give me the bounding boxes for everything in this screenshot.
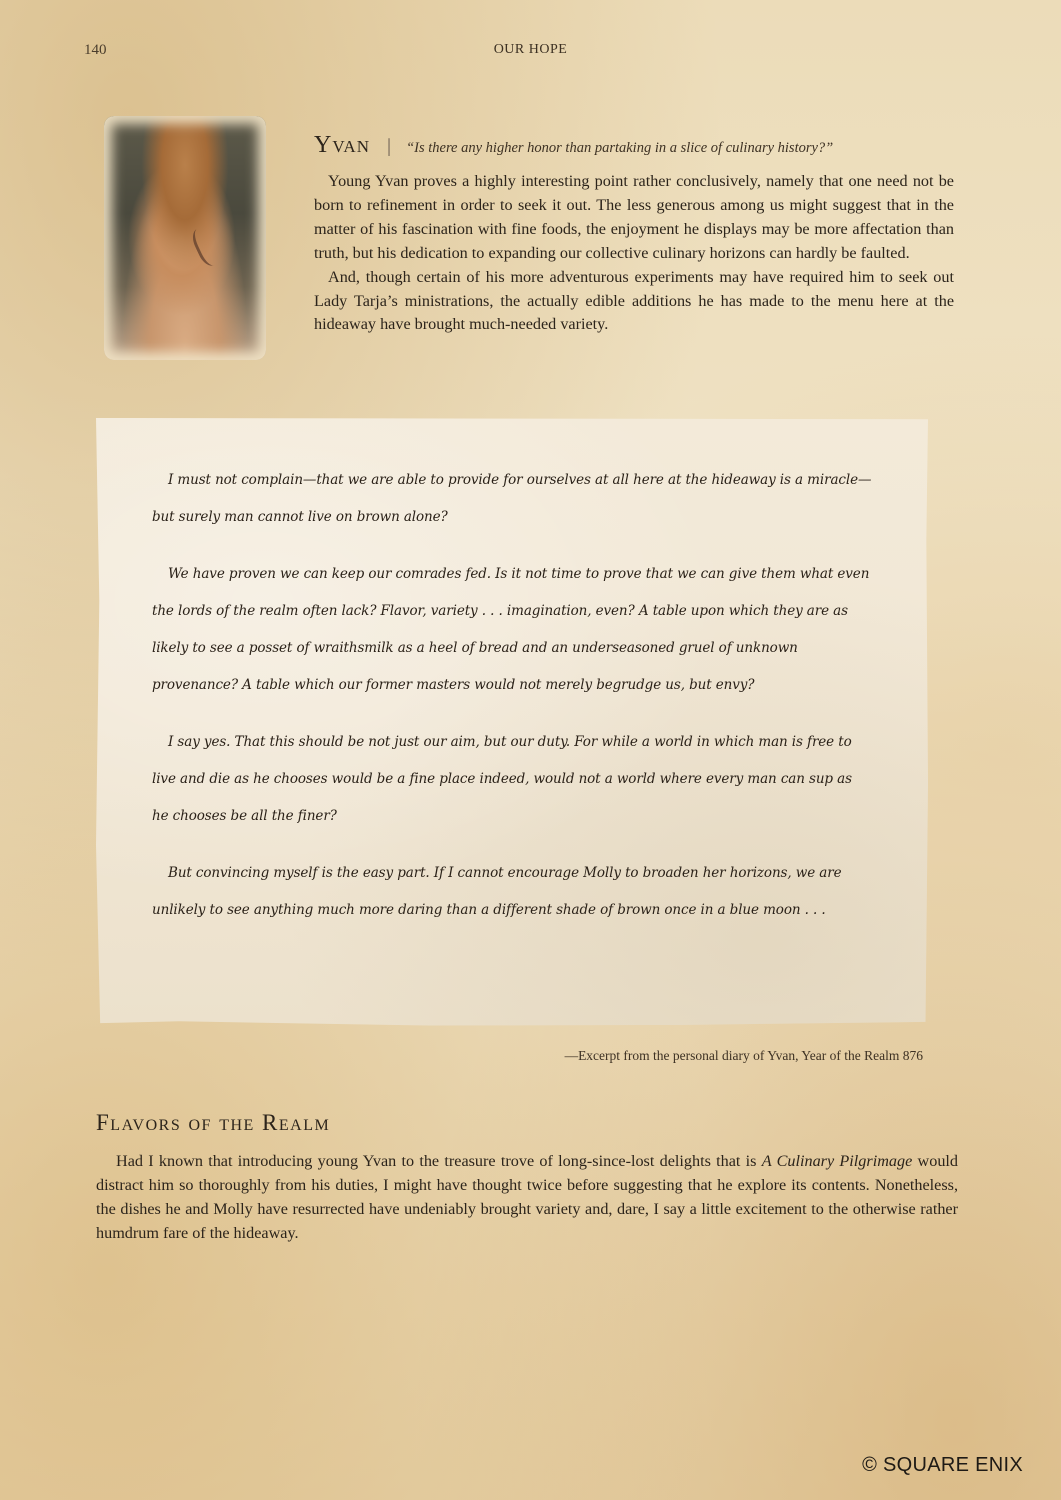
character-quote: “Is there any higher honor than partakin… xyxy=(406,140,833,157)
header-separator: | xyxy=(386,136,392,157)
character-header: Yvan | “Is there any higher honor than p… xyxy=(314,132,833,159)
character-description: Young Yvan proves a highly interesting p… xyxy=(314,170,954,337)
diary-paragraph: I must not complain—that we are able to … xyxy=(152,462,872,536)
running-head: OUR HOPE xyxy=(0,42,1061,58)
character-paragraph: And, though certain of his more adventur… xyxy=(314,266,954,338)
book-title: A Culinary Pilgrimage xyxy=(762,1152,913,1170)
section-body: Had I known that introducing young Yvan … xyxy=(96,1150,958,1246)
character-name: Yvan xyxy=(314,132,370,159)
diary-paragraph: I say yes. That this should be not just … xyxy=(152,724,872,835)
copyright-notice: © SQUARE ENIX xyxy=(862,1454,1023,1477)
diary-excerpt: I must not complain—that we are able to … xyxy=(152,462,872,949)
section-paragraph: Had I known that introducing young Yvan … xyxy=(96,1150,958,1246)
character-paragraph: Young Yvan proves a highly interesting p… xyxy=(314,170,954,266)
diary-attribution: —Excerpt from the personal diary of Yvan… xyxy=(565,1048,923,1064)
section-text-start: Had I known that introducing young Yvan … xyxy=(116,1152,762,1170)
character-portrait-icon xyxy=(104,116,266,360)
diary-paragraph: We have proven we can keep our comrades … xyxy=(152,556,872,704)
diary-paragraph: But convincing myself is the easy part. … xyxy=(152,855,872,929)
section-heading: Flavors of the Realm xyxy=(96,1110,330,1136)
